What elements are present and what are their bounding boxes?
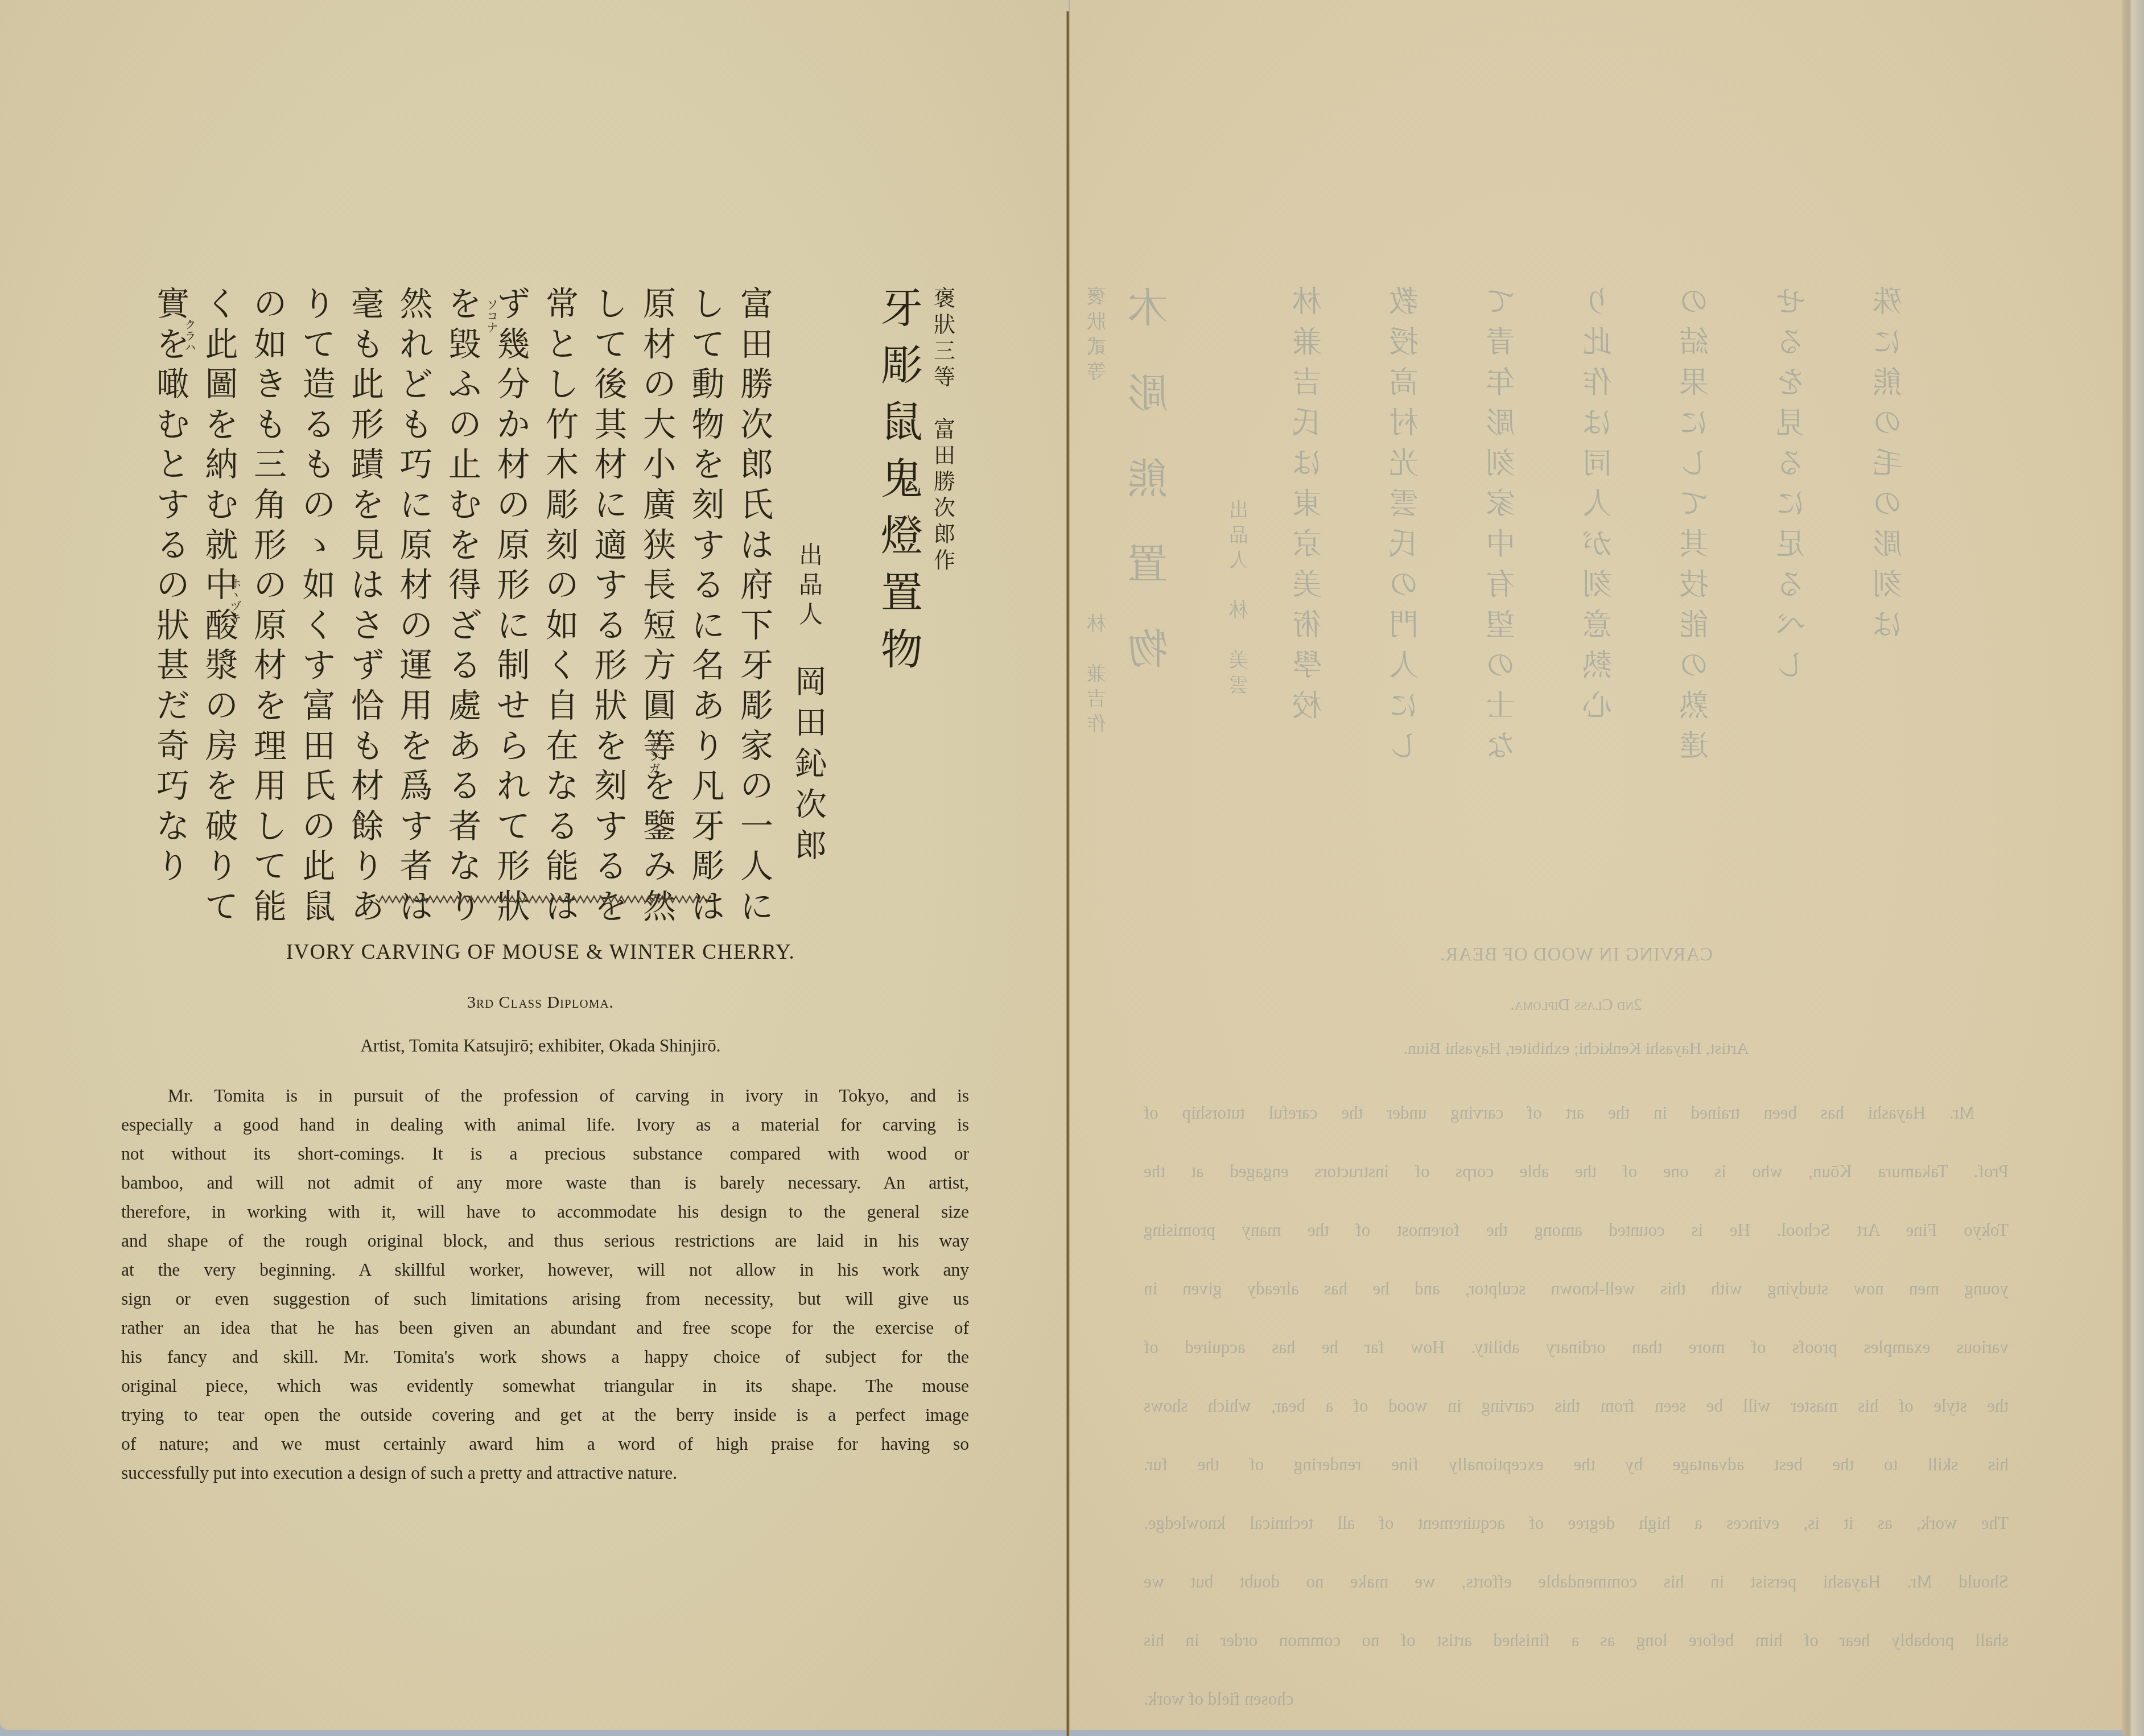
vertical-char: 狀	[156, 609, 189, 649]
vertical-char: ざ	[448, 609, 481, 649]
vertical-char: 如	[546, 609, 579, 649]
vertical-char: 士	[1486, 691, 1515, 732]
ghost-paragraph-line: his skill to the best advantage by the e…	[1144, 1435, 2009, 1494]
paragraph-line: his fancy and skill. Mr. Tomita's work s…	[121, 1342, 969, 1371]
vertical-char: 田	[934, 444, 955, 471]
bleed-through-english: CARVING IN WOOD OF BEAR. 2nd Class Diplo…	[1144, 945, 2009, 1728]
vertical-char: 熱	[1582, 651, 1612, 691]
vertical-char: 能	[546, 850, 579, 890]
vertical-char: 物	[1127, 629, 1168, 714]
vertical-char: 鬼	[881, 458, 923, 515]
vertical-char: 置	[1127, 543, 1168, 629]
vertical-char: 木	[546, 448, 579, 488]
vertical-char: の	[302, 488, 335, 529]
vertical-char: 等	[934, 366, 955, 392]
vertical-char: 足	[1776, 530, 1805, 570]
ghost-body-column: り此作は同人が刻意熱心	[1577, 287, 1617, 732]
ghost-body-column: 教授高村光雲氏の門人にし	[1384, 287, 1424, 772]
vertical-char: 東	[1292, 489, 1322, 530]
ghost-paragraph-line: Mr. Hayashi has been trained in the art …	[1144, 1083, 2009, 1142]
vertical-char: 刻	[594, 769, 627, 810]
vertical-char: の	[497, 488, 530, 529]
vertical-char: 熊	[1873, 368, 1902, 409]
vertical-char: 能	[254, 890, 287, 930]
vertical-char: 貳	[1087, 337, 1106, 362]
vertical-char: 意	[1582, 611, 1612, 651]
ghost-body-column: て青年彫刻家中有望の士な	[1481, 287, 1520, 772]
japanese-body-column: 原材の大小廣狭長短方圓等を鑒み然	[637, 287, 682, 930]
vertical-char: を	[643, 769, 676, 810]
vertical-char: り	[691, 729, 724, 770]
vertical-char: 造	[302, 368, 335, 408]
vertical-char: き	[254, 368, 287, 408]
vertical-char: て	[254, 850, 287, 890]
vertical-char: 者	[448, 810, 481, 850]
vertical-char: を	[351, 488, 384, 529]
vertical-char: 刻	[546, 529, 579, 569]
vertical-char: 人	[1389, 651, 1419, 691]
vertical-char: の	[1486, 651, 1515, 691]
vertical-char: 技	[1679, 570, 1709, 611]
vertical-char: 狀	[594, 689, 627, 729]
vertical-char: 長	[643, 568, 676, 609]
vertical-char: 鼠	[302, 890, 335, 930]
vertical-char: ら	[497, 729, 530, 770]
vertical-char: を	[1776, 368, 1805, 409]
vertical-char: を	[254, 689, 287, 729]
vertical-char: に	[740, 890, 773, 930]
vertical-char: す	[691, 529, 724, 569]
vertical-char: に	[1873, 328, 1902, 368]
vertical-char: 制	[497, 649, 530, 689]
vertical-char: 就	[205, 529, 238, 569]
vertical-char: 三	[934, 340, 955, 366]
vertical-char: 村	[1389, 409, 1419, 449]
vertical-char: 同	[1582, 449, 1612, 489]
ruby-kanga: カンガ	[648, 740, 659, 774]
japanese-body-column: 常とし竹木彫刻の如く自在なる能は	[539, 287, 585, 930]
vertical-char: 熟	[1679, 691, 1709, 732]
ghost-body-column: 殊に熊の毛の彫刻は	[1867, 287, 1907, 651]
ghost-body-column: の結果にして其技能の熟達	[1674, 287, 1714, 772]
paragraph-line: bamboo, and will not admit of any more w…	[121, 1168, 969, 1197]
vertical-char: も	[399, 408, 432, 448]
vertical-char: の	[643, 368, 676, 408]
vertical-char: は	[1582, 409, 1612, 449]
vertical-char: 美	[1229, 651, 1248, 676]
vertical-char: 鈊	[795, 748, 827, 789]
vertical-char: 學	[1292, 651, 1322, 691]
vertical-char: 氏	[302, 769, 335, 810]
vertical-char: 望	[1486, 611, 1515, 651]
ruby-kuraha: クラハ	[183, 319, 195, 353]
vertical-char: て	[1679, 489, 1709, 530]
wavy-rule-divider	[376, 894, 711, 904]
vertical-char: 田	[795, 707, 827, 748]
vertical-char: 鑒	[643, 810, 676, 850]
vertical-char: な	[448, 850, 481, 890]
vertical-char: 富	[302, 689, 335, 729]
vertical-char: 原	[643, 287, 676, 328]
vertical-char: 如	[254, 328, 287, 368]
vertical-char: と	[156, 448, 189, 488]
ruby-sokona: ソコナ	[485, 299, 497, 333]
vertical-char: 後	[594, 368, 627, 408]
vertical-char: る	[1776, 328, 1805, 368]
vertical-char: 形	[497, 850, 530, 890]
vertical-char: 作	[1582, 368, 1612, 409]
vertical-char: す	[594, 568, 627, 609]
vertical-char: て	[1486, 287, 1515, 328]
vertical-char: し	[546, 368, 579, 408]
vertical-char: り	[156, 850, 189, 890]
vertical-char: 品	[1229, 526, 1248, 551]
vertical-char: る	[1776, 570, 1805, 611]
vertical-char: 氏	[1292, 409, 1322, 449]
vertical-char: む	[205, 488, 238, 529]
vertical-char: 青	[1486, 328, 1515, 368]
vertical-char: 奇	[156, 729, 189, 770]
vertical-char: 用	[399, 689, 432, 729]
vertical-char: を	[594, 729, 627, 770]
vertical-char: 家	[1486, 489, 1515, 530]
vertical-char: る	[448, 769, 481, 810]
vertical-char: 勝	[740, 368, 773, 408]
vertical-char: 校	[1292, 691, 1322, 732]
ghost-paragraph-line: various examples proofs of more than ord…	[1144, 1318, 2009, 1376]
paragraph-line: therefore, in working with it, will have…	[121, 1197, 969, 1226]
vertical-char: み	[643, 850, 676, 890]
vertical-char: 林	[1087, 615, 1106, 640]
vertical-char: べ	[1776, 611, 1805, 651]
vertical-char: 狀	[1087, 312, 1106, 337]
vertical-char: の	[399, 609, 432, 649]
vertical-char: 岡	[795, 666, 827, 707]
vertical-char: の	[205, 689, 238, 729]
vertical-char: だ	[156, 689, 189, 729]
ghost-paragraph-line: chosen field of work.	[1144, 1669, 2009, 1728]
ghost-english-credits: Artist, Hayashi Kenkichi; exhibiter, Hay…	[1144, 1039, 2009, 1083]
vertical-char: あ	[691, 689, 724, 729]
vertical-char: ず	[497, 287, 530, 328]
page-stack-edge	[2122, 0, 2144, 1736]
vertical-char: 彫	[881, 344, 923, 401]
vertical-char: の	[448, 408, 481, 448]
vertical-char: 彫	[1486, 409, 1515, 449]
vertical-char: 材	[594, 448, 627, 488]
vertical-char: の	[1873, 409, 1902, 449]
vertical-char: し	[1389, 732, 1419, 772]
vertical-char: 有	[1486, 570, 1515, 611]
vertical-char: 心	[1582, 691, 1612, 732]
vertical-char: 見	[351, 529, 384, 569]
vertical-char: 理	[254, 729, 287, 770]
vertical-char: 兼	[1292, 328, 1322, 368]
paragraph-line: successfully put into execution a design…	[121, 1458, 969, 1487]
vertical-char: 光	[1389, 449, 1419, 489]
vertical-char: 狀	[934, 314, 955, 340]
vertical-char: 次	[795, 789, 827, 830]
vertical-char: 材	[643, 328, 676, 368]
vertical-char: ず	[351, 649, 384, 689]
vertical-char: 甚	[156, 649, 189, 689]
japanese-body-column: ず幾分か材の原形に制せられて形狀	[491, 287, 537, 930]
vertical-char: 等	[1087, 362, 1106, 387]
vertical-char: 彫	[1127, 373, 1168, 458]
vertical-char: 處	[448, 689, 481, 729]
vertical-char: ゝ	[302, 529, 335, 569]
vertical-char: し	[254, 810, 287, 850]
vertical-char: の	[254, 287, 287, 328]
vertical-char: 分	[497, 368, 530, 408]
vertical-char: 門	[1389, 611, 1419, 651]
vertical-char: 勝	[934, 471, 955, 497]
bleed-through-japanese: 木彫熊置物 褒狀貳等 林 兼吉作 出品人 林 美雲 林兼吉氏は東京美術學校教授高…	[1070, 0, 2124, 853]
vertical-char: が	[1582, 530, 1612, 570]
vertical-char: る	[594, 850, 627, 890]
vertical-char: 巧	[399, 448, 432, 488]
vertical-char: は	[740, 529, 773, 569]
vertical-char: 出	[799, 543, 823, 573]
vertical-char: 適	[594, 529, 627, 569]
vertical-char: 如	[302, 568, 335, 609]
vertical-char: 高	[1389, 368, 1419, 409]
vertical-char: り	[302, 287, 335, 328]
vertical-char: 次	[934, 497, 955, 523]
vertical-char: 毛	[1873, 449, 1902, 489]
left-page: 牙彫鼠鬼燈置物 褒狀三等 富田勝次郎作 出品人 岡田鈊次郎 富田勝次郎氏は府下牙…	[0, 0, 1069, 1730]
vertical-char: 原	[254, 609, 287, 649]
japanese-award-line: 褒狀三等 富田勝次郎作	[927, 287, 962, 575]
vertical-char: も	[302, 448, 335, 488]
vertical-char: 凡	[691, 769, 724, 810]
vertical-char: も	[351, 729, 384, 770]
vertical-char: 術	[1292, 611, 1322, 651]
english-paragraph: Mr. Tomita is in pursuit of the professi…	[121, 1081, 969, 1487]
vertical-char: む	[448, 488, 481, 529]
vertical-char: 動	[691, 368, 724, 408]
vertical-char: る	[448, 649, 481, 689]
vertical-char: さ	[351, 609, 384, 649]
vertical-char: に	[399, 488, 432, 529]
spacer	[1229, 576, 1248, 601]
vertical-char: は	[1292, 449, 1322, 489]
vertical-char: 人	[799, 603, 823, 632]
vertical-char: 作	[1087, 715, 1106, 740]
vertical-char: な	[1486, 732, 1515, 772]
vertical-char: 角	[254, 488, 287, 529]
vertical-char: 郎	[795, 830, 827, 871]
vertical-char: 殊	[1873, 287, 1902, 328]
vertical-char: に	[594, 488, 627, 529]
vertical-char: 此	[302, 850, 335, 890]
vertical-char: し	[1776, 651, 1805, 691]
vertical-char: 其	[594, 408, 627, 448]
vertical-char: 雲	[1389, 489, 1419, 530]
vertical-char: 噉	[156, 368, 189, 408]
vertical-char: れ	[399, 328, 432, 368]
vertical-char: 見	[1776, 409, 1805, 449]
vertical-char: 鼠	[881, 401, 923, 458]
vertical-char: 原	[497, 529, 530, 569]
paragraph-line: of nature; and we must certainly award h…	[121, 1429, 969, 1458]
vertical-char: 果	[1679, 368, 1709, 409]
vertical-char: り	[205, 850, 238, 890]
vertical-char: 品	[799, 573, 823, 603]
vertical-char: 毀	[448, 328, 481, 368]
vertical-char: 者	[399, 850, 432, 890]
paragraph-line: not without its short-comings. It is a p…	[121, 1139, 969, 1168]
vertical-char: の	[254, 568, 287, 609]
vertical-char: て	[594, 328, 627, 368]
vertical-char: て	[691, 328, 724, 368]
vertical-char: く	[205, 287, 238, 328]
paragraph-line: at the very beginning. A skillful worker…	[121, 1255, 969, 1284]
vertical-char: 在	[546, 729, 579, 770]
paragraph-line: original piece, which was evidently some…	[121, 1371, 969, 1400]
vertical-char: 京	[1292, 530, 1322, 570]
ghost-paragraph-line: The work, as it is, evinces a high degre…	[1144, 1494, 2009, 1552]
vertical-char: 氏	[740, 488, 773, 529]
ghost-paragraph-line: shall probably hear of him before long a…	[1144, 1611, 2009, 1669]
vertical-char: 物	[881, 629, 923, 686]
vertical-char: 方	[643, 649, 676, 689]
ghost-paragraph-line: the style of his master will be seen fro…	[1144, 1376, 2009, 1435]
vertical-char: 圓	[643, 689, 676, 729]
vertical-char: 然	[399, 287, 432, 328]
spacer	[1229, 626, 1248, 651]
vertical-char: 形	[497, 568, 530, 609]
vertical-char: 富	[740, 287, 773, 328]
ghost-english-diploma: 2nd Class Diploma.	[1144, 996, 2009, 1039]
vertical-char: は	[1873, 611, 1902, 651]
vertical-char: 能	[1679, 611, 1709, 651]
paragraph-line: Mr. Tomita is in pursuit of the professi…	[121, 1081, 969, 1110]
vertical-char: 教	[1389, 287, 1419, 328]
vertical-char: 破	[205, 810, 238, 850]
vertical-char: 得	[448, 568, 481, 609]
vertical-char: ど	[399, 368, 432, 408]
vertical-char: に	[1679, 409, 1709, 449]
vertical-char: の	[156, 568, 189, 609]
paragraph-line: especially a good hand in dealing with a…	[121, 1110, 969, 1139]
ghost-body-column: 林兼吉氏は東京美術學校	[1287, 287, 1327, 732]
vertical-char: な	[546, 769, 579, 810]
exhibitor-label: 出品人	[799, 543, 823, 632]
vertical-char: れ	[497, 769, 530, 810]
vertical-char: る	[302, 408, 335, 448]
vertical-char: 刻	[1873, 570, 1902, 611]
vertical-char: 形	[351, 408, 384, 448]
vertical-char: を	[448, 287, 481, 328]
vertical-char: 彫	[691, 850, 724, 890]
paragraph-line: sign or even suggestion of such limitati…	[121, 1284, 969, 1313]
book-gutter	[1066, 11, 1070, 1736]
vertical-char: 竹	[546, 408, 579, 448]
vertical-char: 次	[740, 408, 773, 448]
vertical-char: 作	[934, 549, 955, 575]
vertical-char: 年	[1486, 368, 1515, 409]
vertical-char: 中	[1486, 530, 1515, 570]
japanese-body-column: を毀ふの止むを得ざる處ある者なり	[442, 287, 488, 930]
vertical-char: に	[691, 609, 724, 649]
vertical-char: む	[156, 408, 189, 448]
vertical-char: 一	[740, 810, 773, 850]
vertical-char: 人	[1229, 551, 1248, 576]
vertical-char: 牙	[691, 810, 724, 850]
artist-credit: 富田勝次郎作	[934, 418, 955, 575]
vertical-char: て	[302, 328, 335, 368]
japanese-body-column: の如きも三角形の原材を理用して能	[248, 287, 293, 930]
vertical-char: 褒	[934, 287, 955, 314]
vertical-char: 木	[1127, 287, 1168, 373]
vertical-char: 蹟	[351, 448, 384, 488]
vertical-char: 漿	[205, 649, 238, 689]
vertical-char: て	[205, 890, 238, 930]
vertical-char: 吉	[1087, 690, 1106, 715]
japanese-exhibitor-line: 出品人 岡田鈊次郎	[791, 543, 831, 871]
vertical-char: る	[691, 568, 724, 609]
vertical-char: る	[546, 810, 579, 850]
vertical-char: 運	[399, 649, 432, 689]
vertical-char: る	[156, 529, 189, 569]
vertical-char: の	[302, 810, 335, 850]
ghost-english-title: CARVING IN WOOD OF BEAR.	[1144, 945, 2009, 996]
vertical-char: を	[205, 769, 238, 810]
vertical-char: 置	[881, 572, 923, 629]
vertical-char: 巧	[156, 769, 189, 810]
vertical-char: 林	[1292, 287, 1322, 328]
vertical-char: 褒	[1087, 287, 1106, 312]
english-title: IVORY CARVING OF MOUSE & WINTER CHERRY.	[114, 940, 967, 964]
vertical-char: 郎	[740, 448, 773, 488]
vertical-char: 授	[1389, 328, 1419, 368]
vertical-char: る	[594, 609, 627, 649]
vertical-char: 物	[691, 408, 724, 448]
vertical-char: 自	[546, 689, 579, 729]
japanese-body-column: 然れども巧に原材の運用を爲す者は	[394, 287, 439, 930]
spacer	[1087, 640, 1106, 665]
vertical-char: 林	[1229, 601, 1248, 626]
vertical-char: て	[497, 810, 530, 850]
vertical-char: す	[399, 810, 432, 850]
vertical-char: し	[691, 287, 724, 328]
vertical-char: と	[546, 328, 579, 368]
ghost-award: 褒狀貳等	[1077, 287, 1116, 387]
vertical-char: は	[351, 568, 384, 609]
japanese-body-column: 富田勝次郎氏は府下牙彫家の一人に	[734, 287, 780, 930]
vertical-char: も	[351, 328, 384, 368]
vertical-char: 雲	[1229, 676, 1248, 701]
vertical-char: 毫	[351, 287, 384, 328]
japanese-body-column: して後其材に適する形狀を刻するを	[588, 287, 634, 930]
vertical-char: 結	[1679, 328, 1709, 368]
vertical-char: 廣	[643, 488, 676, 529]
vertical-char: 餘	[351, 810, 384, 850]
japanese-body-column: 實を噉むとするの狀甚だ奇巧なり	[150, 287, 196, 890]
vertical-char: に	[1776, 489, 1805, 530]
vertical-char: 彫	[546, 488, 579, 529]
ghost-paragraph-line: Should Mr. Hayashi persist in his commen…	[1144, 1552, 2009, 1611]
vertical-char: 原	[399, 529, 432, 569]
vertical-char: の	[740, 769, 773, 810]
vertical-char: す	[594, 810, 627, 850]
vertical-char: 出	[1229, 501, 1248, 526]
ghost-paragraph-line: Tokyo Fine Art School. He is counted amo…	[1144, 1201, 2009, 1259]
vertical-char: 形	[594, 649, 627, 689]
vertical-char: を	[205, 408, 238, 448]
vertical-char: 田	[302, 729, 335, 770]
